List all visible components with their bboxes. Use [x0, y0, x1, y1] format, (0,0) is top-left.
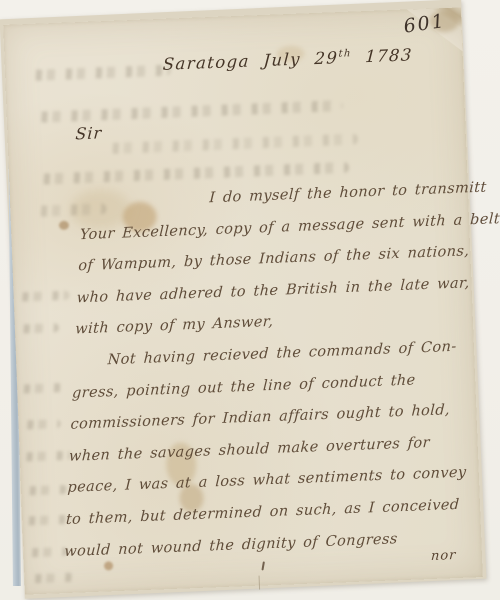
bleedthrough-writing — [22, 451, 72, 462]
bleedthrough-writing — [19, 323, 59, 334]
letter-page: 601 Saratoga July 29th 1783 Sir I do mys… — [3, 7, 483, 594]
paper-stain — [59, 221, 69, 230]
paper-crease — [259, 576, 261, 590]
bleedthrough-writing — [37, 100, 343, 123]
dateline-ordinal: th — [338, 48, 352, 60]
bleedthrough-writing — [19, 383, 65, 394]
dateline-place-date: Saratoga July 29 — [162, 48, 339, 74]
catchword: nor — [430, 548, 456, 564]
bleedthrough-writing — [18, 291, 70, 302]
letter-body: I do myself the honor to transmitt Your … — [64, 173, 478, 568]
bleedthrough-writing — [30, 573, 74, 584]
stray-pen-mark — [261, 561, 265, 570]
bleedthrough-writing — [27, 547, 67, 558]
dateline: Saratoga July 29th 1783 — [162, 45, 413, 74]
dateline-year: 1783 — [365, 45, 414, 66]
bleedthrough-writing — [22, 419, 60, 429]
salutation: Sir — [75, 123, 103, 143]
bleedthrough-writing — [31, 65, 171, 81]
bleedthrough-writing — [25, 485, 67, 496]
bleedthrough-writing — [108, 133, 358, 154]
manuscript-scan: 601 Saratoga July 29th 1783 Sir I do mys… — [0, 0, 500, 600]
